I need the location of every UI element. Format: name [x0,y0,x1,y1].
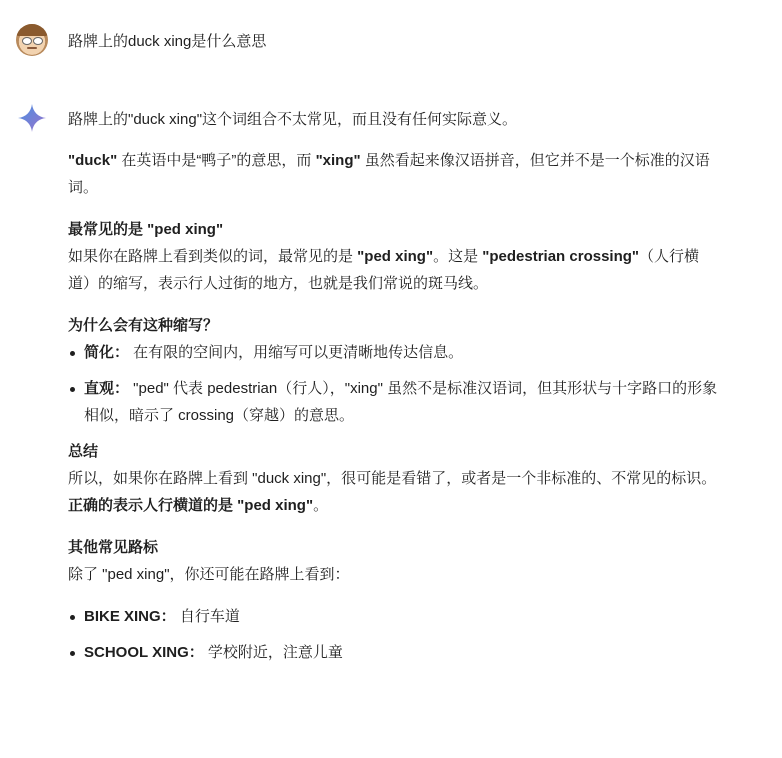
reasons-list: 简化： 在有限的空间内，用缩写可以更清晰地传达信息。 直观： "ped" 代表 … [68,339,718,429]
list-item: 直观： "ped" 代表 pedestrian（行人），"xing" 虽然不是标… [68,375,718,429]
bullet-label: SCHOOL XING： [84,644,204,661]
bullet-label: BIKE XING： [84,608,176,625]
other-signs-list: BIKE XING： 自行车道 SCHOOL XING： 学校附近，注意儿童 [68,603,718,666]
list-item: BIKE XING： 自行车道 [68,603,718,630]
user-message: 路牌上的duck xing是什么意思 [16,24,266,56]
text-span: 如果你在路牌上看到类似的词，最常见的是 [68,248,357,265]
bullet-text: 学校附近，注意儿童 [204,644,343,661]
avatar-mouth [27,47,37,49]
heading-summary: 总结 [68,438,718,465]
text-span: 。这是 [433,248,482,265]
assistant-response: 路牌上的"duck xing"这个词组合不太常见，而且没有任何实际意义。 "du… [68,106,718,675]
text-span: 所以，如果你在路牌上看到 "duck xing"，很可能是看错了，或者是一个非标… [68,470,716,487]
heading-ped-xing: 最常见的是 "ped xing" [68,216,718,243]
bullet-text: "ped" 代表 pedestrian（行人），"xing" 虽然不是标准汉语词… [84,380,717,424]
bold-xing: "xing" [316,152,361,169]
bold-duck: "duck" [68,152,117,169]
list-item: SCHOOL XING： 学校附近，注意儿童 [68,639,718,666]
bold-ped-xing: "ped xing" [357,248,433,265]
heading-why-abbreviation: 为什么会有这种缩写？ [68,312,718,339]
bullet-label: 直观： [84,380,129,397]
ped-xing-paragraph: 如果你在路牌上看到类似的词，最常见的是 "ped xing"。这是 "pedes… [68,243,718,297]
intro-paragraph: 路牌上的"duck xing"这个词组合不太常见，而且没有任何实际意义。 [68,106,718,133]
heading-other-signs: 其他常见路标 [68,534,718,561]
list-item: 简化： 在有限的空间内，用缩写可以更清晰地传达信息。 [68,339,718,366]
text-span: 。 [313,497,328,514]
gemini-sparkle-icon [18,104,46,132]
user-avatar[interactable] [16,24,48,56]
user-query-text: 路牌上的duck xing是什么意思 [68,30,266,51]
summary-paragraph: 所以，如果你在路牌上看到 "duck xing"，很可能是看错了，或者是一个非标… [68,465,718,519]
duck-xing-explanation: "duck" 在英语中是“鸭子”的意思，而 "xing" 虽然看起来像汉语拼音，… [68,147,718,201]
avatar-eye-right [33,37,43,45]
other-signs-intro: 除了 "ped xing"，你还可能在路牌上看到： [68,561,718,588]
bullet-label: 简化： [84,344,129,361]
bullet-text: 自行车道 [176,608,240,625]
avatar-eye-left [22,37,32,45]
bold-correct-sign: 正确的表示人行横道的是 "ped xing" [68,497,313,514]
avatar-hair [16,24,48,36]
bold-pedestrian-crossing: "pedestrian crossing" [482,248,639,265]
bullet-text: 在有限的空间内，用缩写可以更清晰地传达信息。 [129,344,463,361]
text-span: 在英语中是“鸭子”的意思，而 [117,152,315,169]
